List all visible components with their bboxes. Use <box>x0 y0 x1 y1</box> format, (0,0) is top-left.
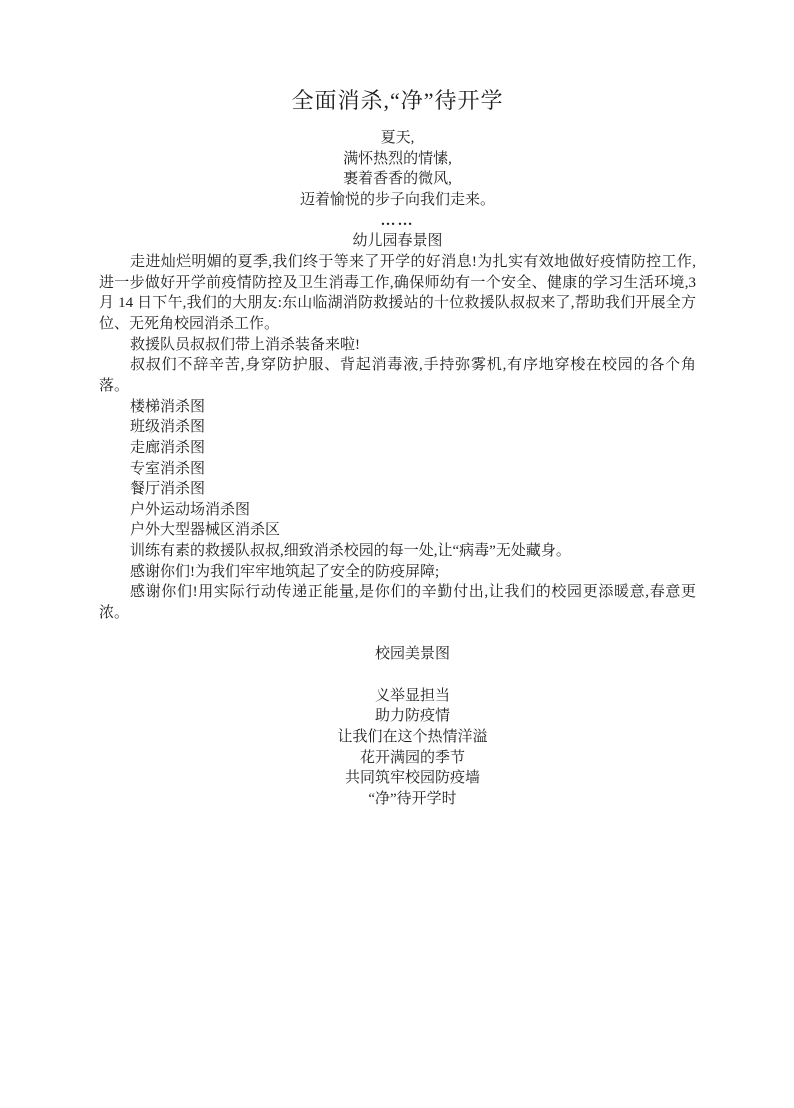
body-paragraph: 叔叔们不辞辛苦,身穿防护服、背起消毒液,手持弥雾机,有序地穿梭在校园的各个角落。 <box>99 355 696 396</box>
closing-verse: 义举显担当助力防疫情让我们在这个热情洋溢花开满园的季节共同筑牢校园防疫墙“净”待… <box>99 686 696 810</box>
closing-verse-line: 助力防疫情 <box>99 706 696 727</box>
body-paragraph: 走廊消杀图 <box>99 438 696 459</box>
body-paragraph: 救援队员叔叔们带上消杀装备来啦! <box>99 335 696 356</box>
intro-verse-line: 迈着愉悦的步子向我们走来。 <box>99 190 696 211</box>
body-paragraph: 训练有素的救援队叔叔,细致消杀校园的每一处,让“病毒”无处藏身。 <box>99 541 696 562</box>
body-paragraph: 户外运动场消杀图 <box>99 500 696 521</box>
middle-caption: 校园美景图 <box>99 644 696 665</box>
body-paragraph: 感谢你们!用实际行动传递正能量,是你们的辛勤付出,让我们的校园更添暖意,春意更浓… <box>99 582 696 623</box>
intro-verse-line: 夏天, <box>99 128 696 149</box>
body-paragraph: 户外大型器械区消杀区 <box>99 520 696 541</box>
intro-verse-line: 满怀热烈的情愫, <box>99 149 696 170</box>
intro-verse-line: …… <box>99 211 696 232</box>
body-paragraph: 班级消杀图 <box>99 417 696 438</box>
closing-verse-line: 花开满园的季节 <box>99 748 696 769</box>
document-title: 全面消杀,“净”待开学 <box>99 86 696 116</box>
body-paragraphs: 走进灿烂明媚的夏季,我们终于等来了开学的好消息!为扎实有效地做好疫情防控工作,进… <box>99 252 696 624</box>
body-paragraph: 餐厅消杀图 <box>99 479 696 500</box>
intro-verse-line: 幼儿园春景图 <box>99 231 696 252</box>
body-paragraph: 专室消杀图 <box>99 459 696 480</box>
closing-verse-line: 共同筑牢校园防疫墙 <box>99 768 696 789</box>
closing-verse-line: 让我们在这个热情洋溢 <box>99 727 696 748</box>
intro-verse-line: 裹着香香的微风, <box>99 169 696 190</box>
body-paragraph: 感谢你们!为我们牢牢地筑起了安全的防疫屏障; <box>99 562 696 583</box>
closing-verse-line: “净”待开学时 <box>99 789 696 810</box>
intro-verse: 夏天,满怀热烈的情愫,裹着香香的微风,迈着愉悦的步子向我们走来。……幼儿园春景图 <box>99 128 696 252</box>
body-paragraph: 楼梯消杀图 <box>99 397 696 418</box>
body-paragraph: 走进灿烂明媚的夏季,我们终于等来了开学的好消息!为扎实有效地做好疫情防控工作,进… <box>99 252 696 335</box>
closing-verse-line: 义举显担当 <box>99 686 696 707</box>
document-page: 全面消杀,“净”待开学 夏天,满怀热烈的情愫,裹着香香的微风,迈着愉悦的步子向我… <box>0 0 794 1108</box>
